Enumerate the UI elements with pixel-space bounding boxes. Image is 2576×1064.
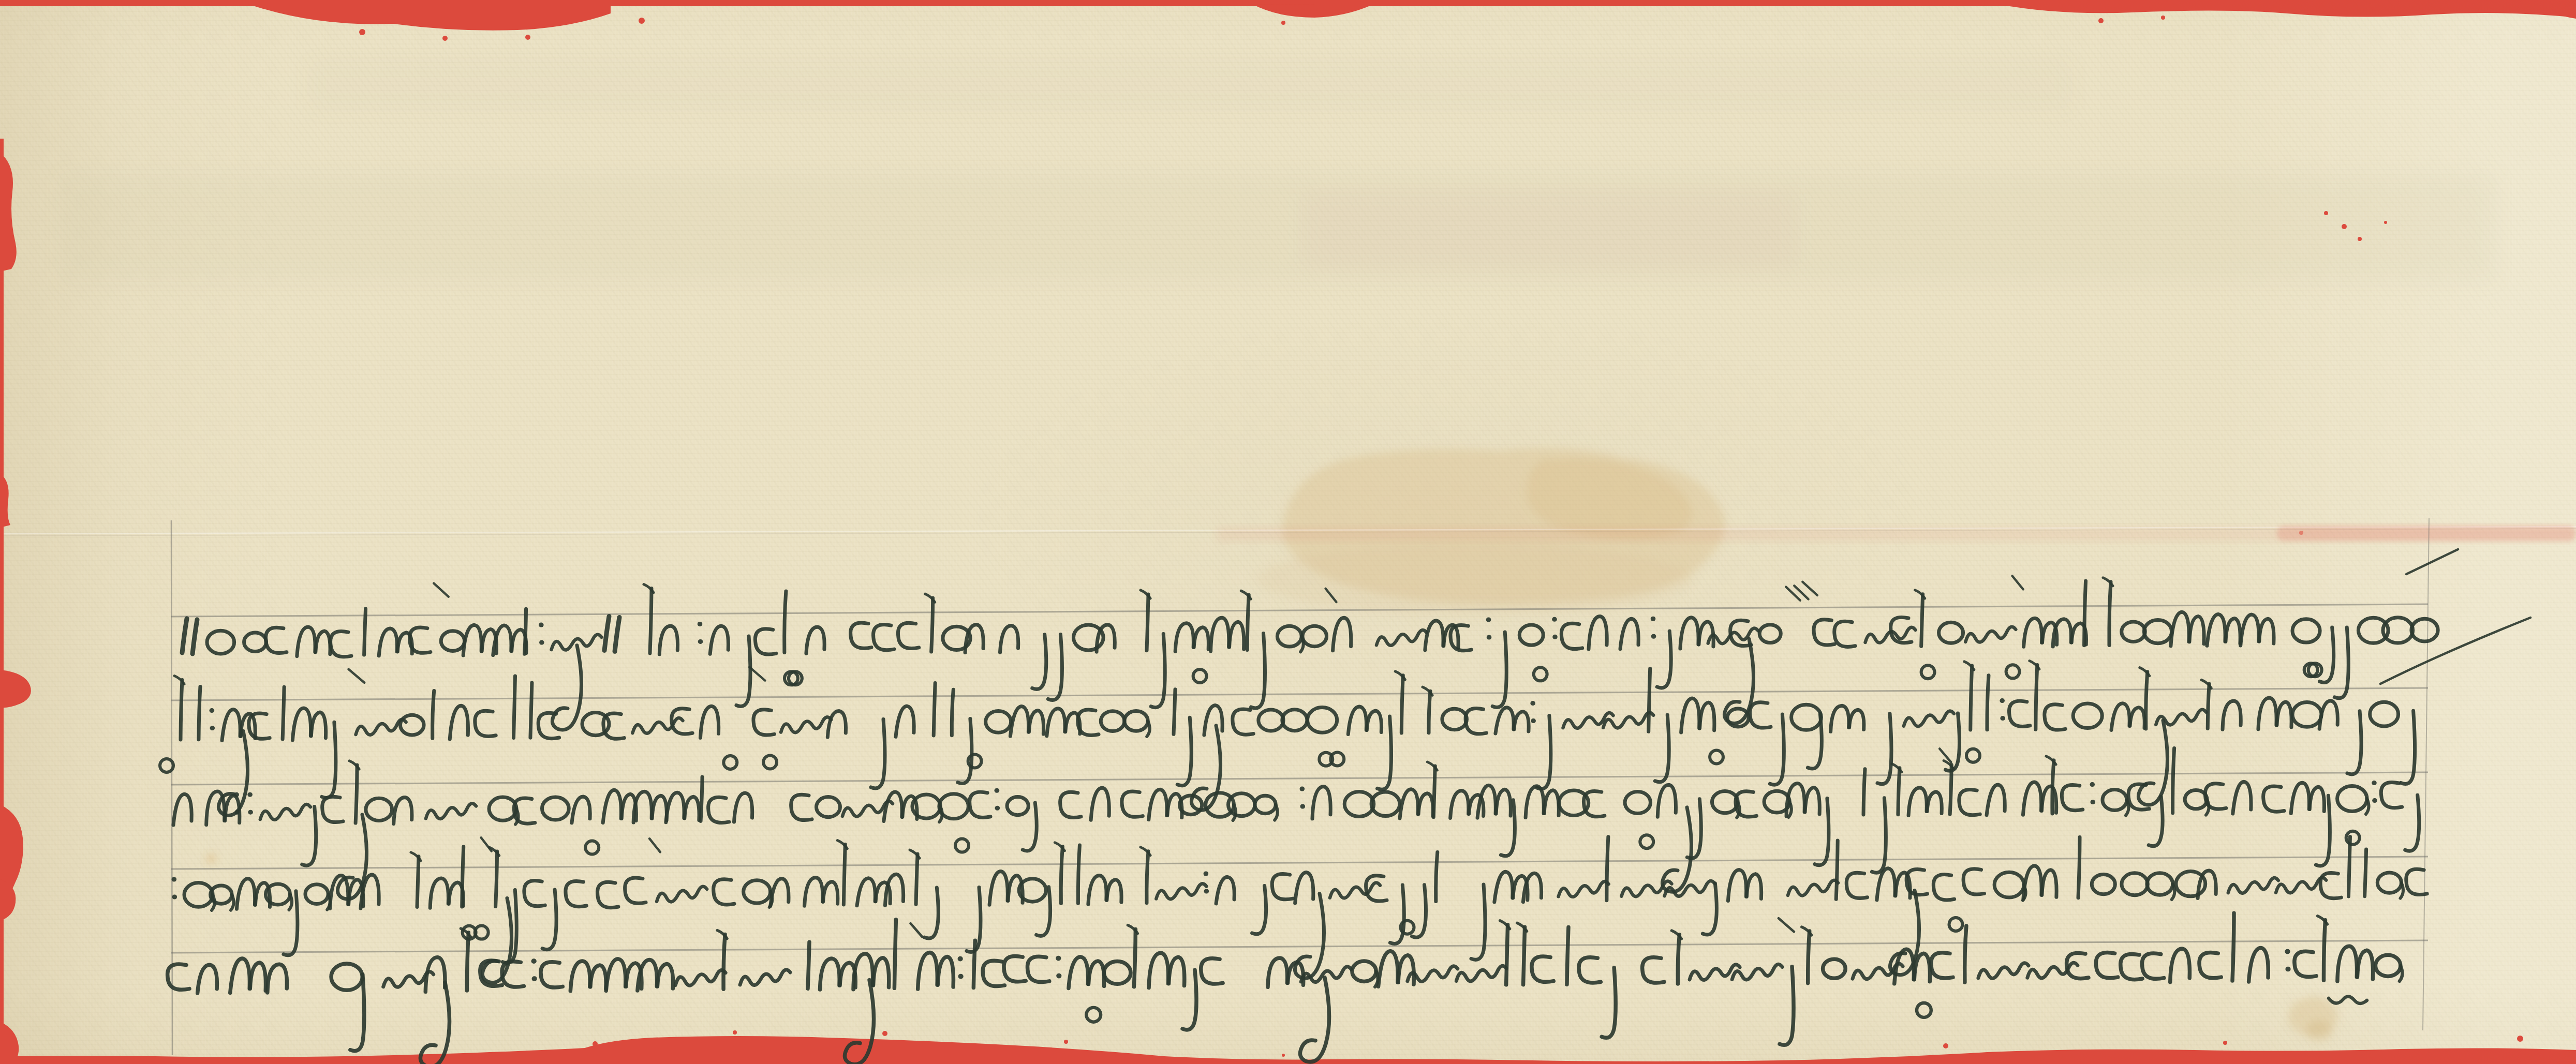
handwriting	[160, 549, 2530, 1064]
handwritten-line	[173, 748, 2419, 900]
red-edge-left	[0, 139, 31, 1064]
ruled-line	[171, 857, 2428, 869]
manuscript-scan	[0, 0, 2576, 1064]
red-edge-top	[0, 0, 2576, 41]
manuscript-page	[0, 0, 2576, 1064]
left-margin-line	[171, 520, 172, 1055]
right-margin-line	[2423, 518, 2429, 1030]
handwritten-line	[160, 618, 2530, 816]
ruled-line	[171, 772, 2428, 785]
show-through-band	[62, 62, 2494, 279]
red-edge-bottom	[0, 1030, 2576, 1064]
red-smudge	[1216, 526, 2576, 541]
ruled-line	[171, 688, 2428, 700]
ruled-line	[171, 604, 2428, 617]
handwritten-line	[168, 913, 2403, 1064]
